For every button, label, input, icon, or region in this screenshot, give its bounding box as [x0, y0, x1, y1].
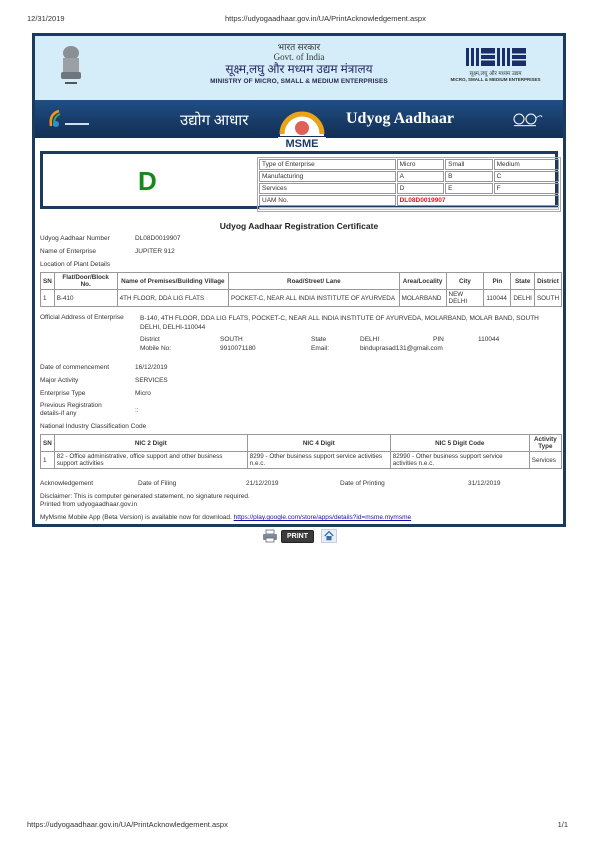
certificate-title: Udyog Aadhaar Registration Certificate — [35, 221, 563, 231]
action-bar: PRINT — [262, 529, 337, 543]
enterprise-type-table: Type of Enterprise Micro Small Medium Ma… — [257, 157, 561, 212]
mobile-app-link[interactable]: https://play.google.com/store/apps/detai… — [234, 514, 411, 521]
page-number: 1/1 — [558, 820, 568, 829]
msme-logo-icon — [448, 48, 543, 66]
official-address-value: B-140, 4TH FLOOR, DDA LIG FLATS, POCKET-… — [140, 314, 560, 332]
print-url: https://udyogaadhaar.gov.in/UA/PrintAckn… — [225, 14, 426, 23]
udyog-aadhaar-english: Udyog Aadhaar — [346, 110, 454, 128]
government-banner: भारत सरकार Govt. of India सूक्ष्म,लघु और… — [35, 36, 563, 100]
type-table-row: Services D E F — [259, 183, 559, 194]
plant-table-header: SN Flat/Door/Block No. Name of Premises/… — [41, 273, 562, 290]
plant-details-table: SN Flat/Door/Block No. Name of Premises/… — [40, 272, 562, 307]
print-button[interactable]: PRINT — [281, 530, 314, 543]
certificate-frame: भारत सरकार Govt. of India सूक्ष्म,लघु और… — [32, 33, 566, 527]
udyog-aadhaar-msme-logo-icon: MSME — [274, 104, 330, 150]
footer-url: https://udyogaadhaar.gov.in/UA/PrintAckn… — [27, 820, 228, 829]
district-value: SOUTH — [220, 336, 243, 343]
enterprise-code-box: D Type of Enterprise Micro Small Medium … — [40, 151, 558, 209]
nic-classification-table: SN NIC 2 Digit NIC 4 Digit NIC 5 Digit C… — [40, 434, 562, 469]
state-value: DELHI — [360, 336, 379, 343]
udyog-aadhaar-hindi: उद्योग आधार — [180, 110, 248, 130]
swachh-bharat-logo-icon — [509, 112, 543, 128]
msme-logo: सूक्ष्म,लघु और मध्यम उद्यम MICRO, SMALL … — [448, 48, 543, 82]
uam-number: DL08D0019907 — [397, 195, 559, 206]
table-row: 1 82 - Office administrative, office sup… — [41, 452, 562, 469]
msme-english-text: MICRO, SMALL & MEDIUM ENTERPRISES — [448, 77, 543, 82]
home-icon[interactable] — [321, 529, 337, 543]
table-row: 1 B-410 4TH FLOOR, DDA LIG FLATS POCKET-… — [41, 290, 562, 307]
disclaimer: Disclaimer: This is computer generated s… — [40, 493, 250, 509]
type-table-header: Type of Enterprise Micro Small Medium — [259, 159, 559, 170]
type-table-row: Manufacturing A B C — [259, 171, 559, 182]
digital-india-logo-icon — [47, 108, 97, 130]
printing-date: 31/12/2019 — [468, 480, 501, 487]
print-date: 12/31/2019 — [27, 14, 65, 23]
enterprise-category-letter: D — [138, 166, 157, 197]
uam-number-row: UAM No. DL08D0019907 — [259, 195, 559, 206]
pin-value: 110044 — [478, 336, 499, 343]
mobile-app-notice: MyMsme Mobile App (Beta Version) is avai… — [40, 514, 411, 521]
mobile-value: 9910071180 — [220, 345, 256, 352]
msme-hindi-text: सूक्ष्म,लघु और मध्यम उद्यम — [448, 69, 543, 77]
printer-icon[interactable] — [262, 529, 278, 543]
email-value: binduprasad131@gmail.com — [360, 345, 443, 352]
svg-text:MSME: MSME — [286, 138, 319, 150]
official-address-label: Official Address of Enterprise — [40, 314, 130, 322]
printed-from: Printed from udyogaadhaar.gov.in — [40, 501, 250, 509]
nic-table-header: SN NIC 2 Digit NIC 4 Digit NIC 5 Digit C… — [41, 435, 562, 452]
filing-date: 21/12/2019 — [246, 480, 279, 487]
uam-label: UAM No. — [259, 195, 396, 206]
udyog-aadhaar-banner: उद्योग आधार MSME Udyog Aadhaar — [35, 100, 563, 138]
